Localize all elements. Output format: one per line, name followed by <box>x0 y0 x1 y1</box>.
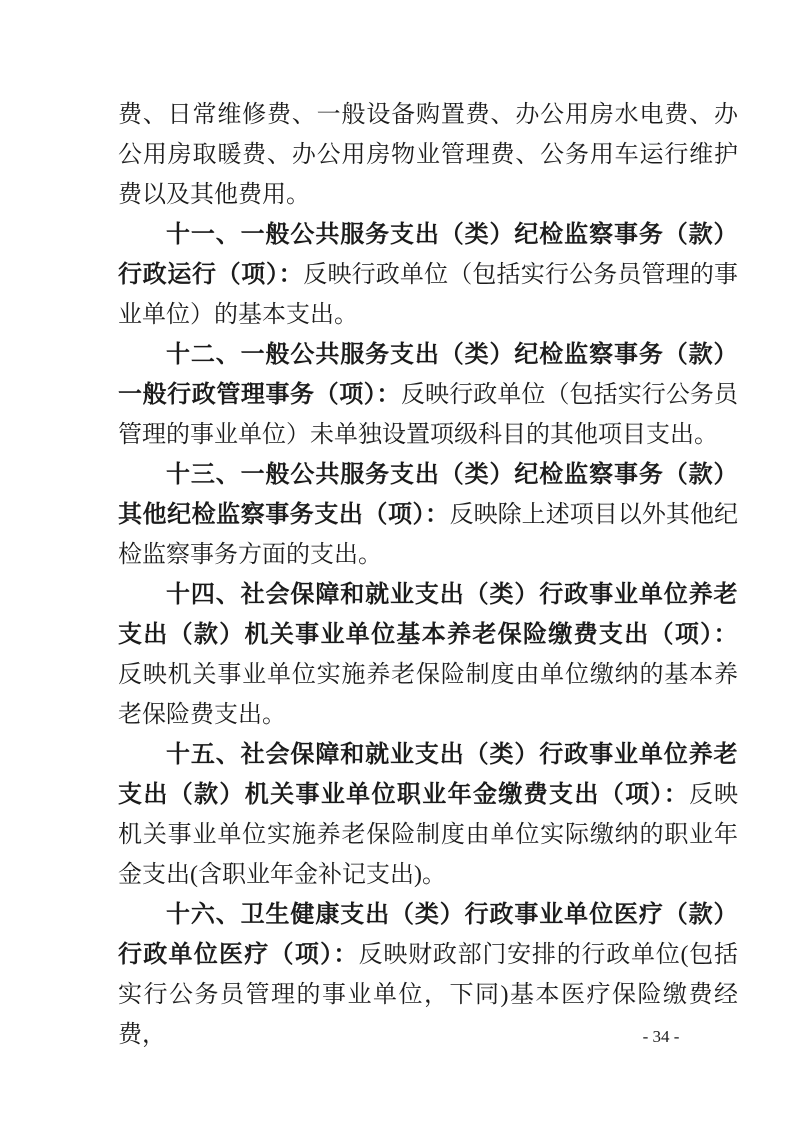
clause-body-segment: 反映机关事业单位实施养老保险制度由单位缴纳的基本养老保险费支出。 <box>118 662 738 728</box>
clause-heading-segment: 十四、社会保障和就业支出（类）行政事业单位养老支出（款）机关事业单位基本养老保险… <box>118 581 738 648</box>
paragraph: 十二、一般公共服务支出（类）纪检监察事务（款）一般行政管理事务（项）：反映行政单… <box>118 335 738 455</box>
paragraph: 费、日常维修费、一般设备购置费、办公用房水电费、办公用房取暖费、办公用房物业管理… <box>118 95 738 215</box>
paragraph: 十三、一般公共服务支出（类）纪检监察事务（款）其他纪检监察事务支出（项）：反映除… <box>118 455 738 575</box>
paragraph: 十一、一般公共服务支出（类）纪检监察事务（款）行政运行（项）：反映行政单位（包括… <box>118 215 738 335</box>
clause-heading-segment: 十五、社会保障和就业支出（类）行政事业单位养老支出（款）机关事业单位职业年金缴费… <box>118 741 738 808</box>
page-number: - 34 - <box>640 1027 682 1047</box>
clause-body-segment: 费、日常维修费、一般设备购置费、办公用房水电费、办公用房取暖费、办公用房物业管理… <box>118 102 738 208</box>
paragraph: 十四、社会保障和就业支出（类）行政事业单位养老支出（款）机关事业单位基本养老保险… <box>118 575 738 735</box>
document-text-block: 费、日常维修费、一般设备购置费、办公用房水电费、办公用房取暖费、办公用房物业管理… <box>118 95 738 1055</box>
paragraph: 十五、社会保障和就业支出（类）行政事业单位养老支出（款）机关事业单位职业年金缴费… <box>118 735 738 895</box>
document-page: 费、日常维修费、一般设备购置费、办公用房水电费、办公用房取暖费、办公用房物业管理… <box>0 0 793 1122</box>
